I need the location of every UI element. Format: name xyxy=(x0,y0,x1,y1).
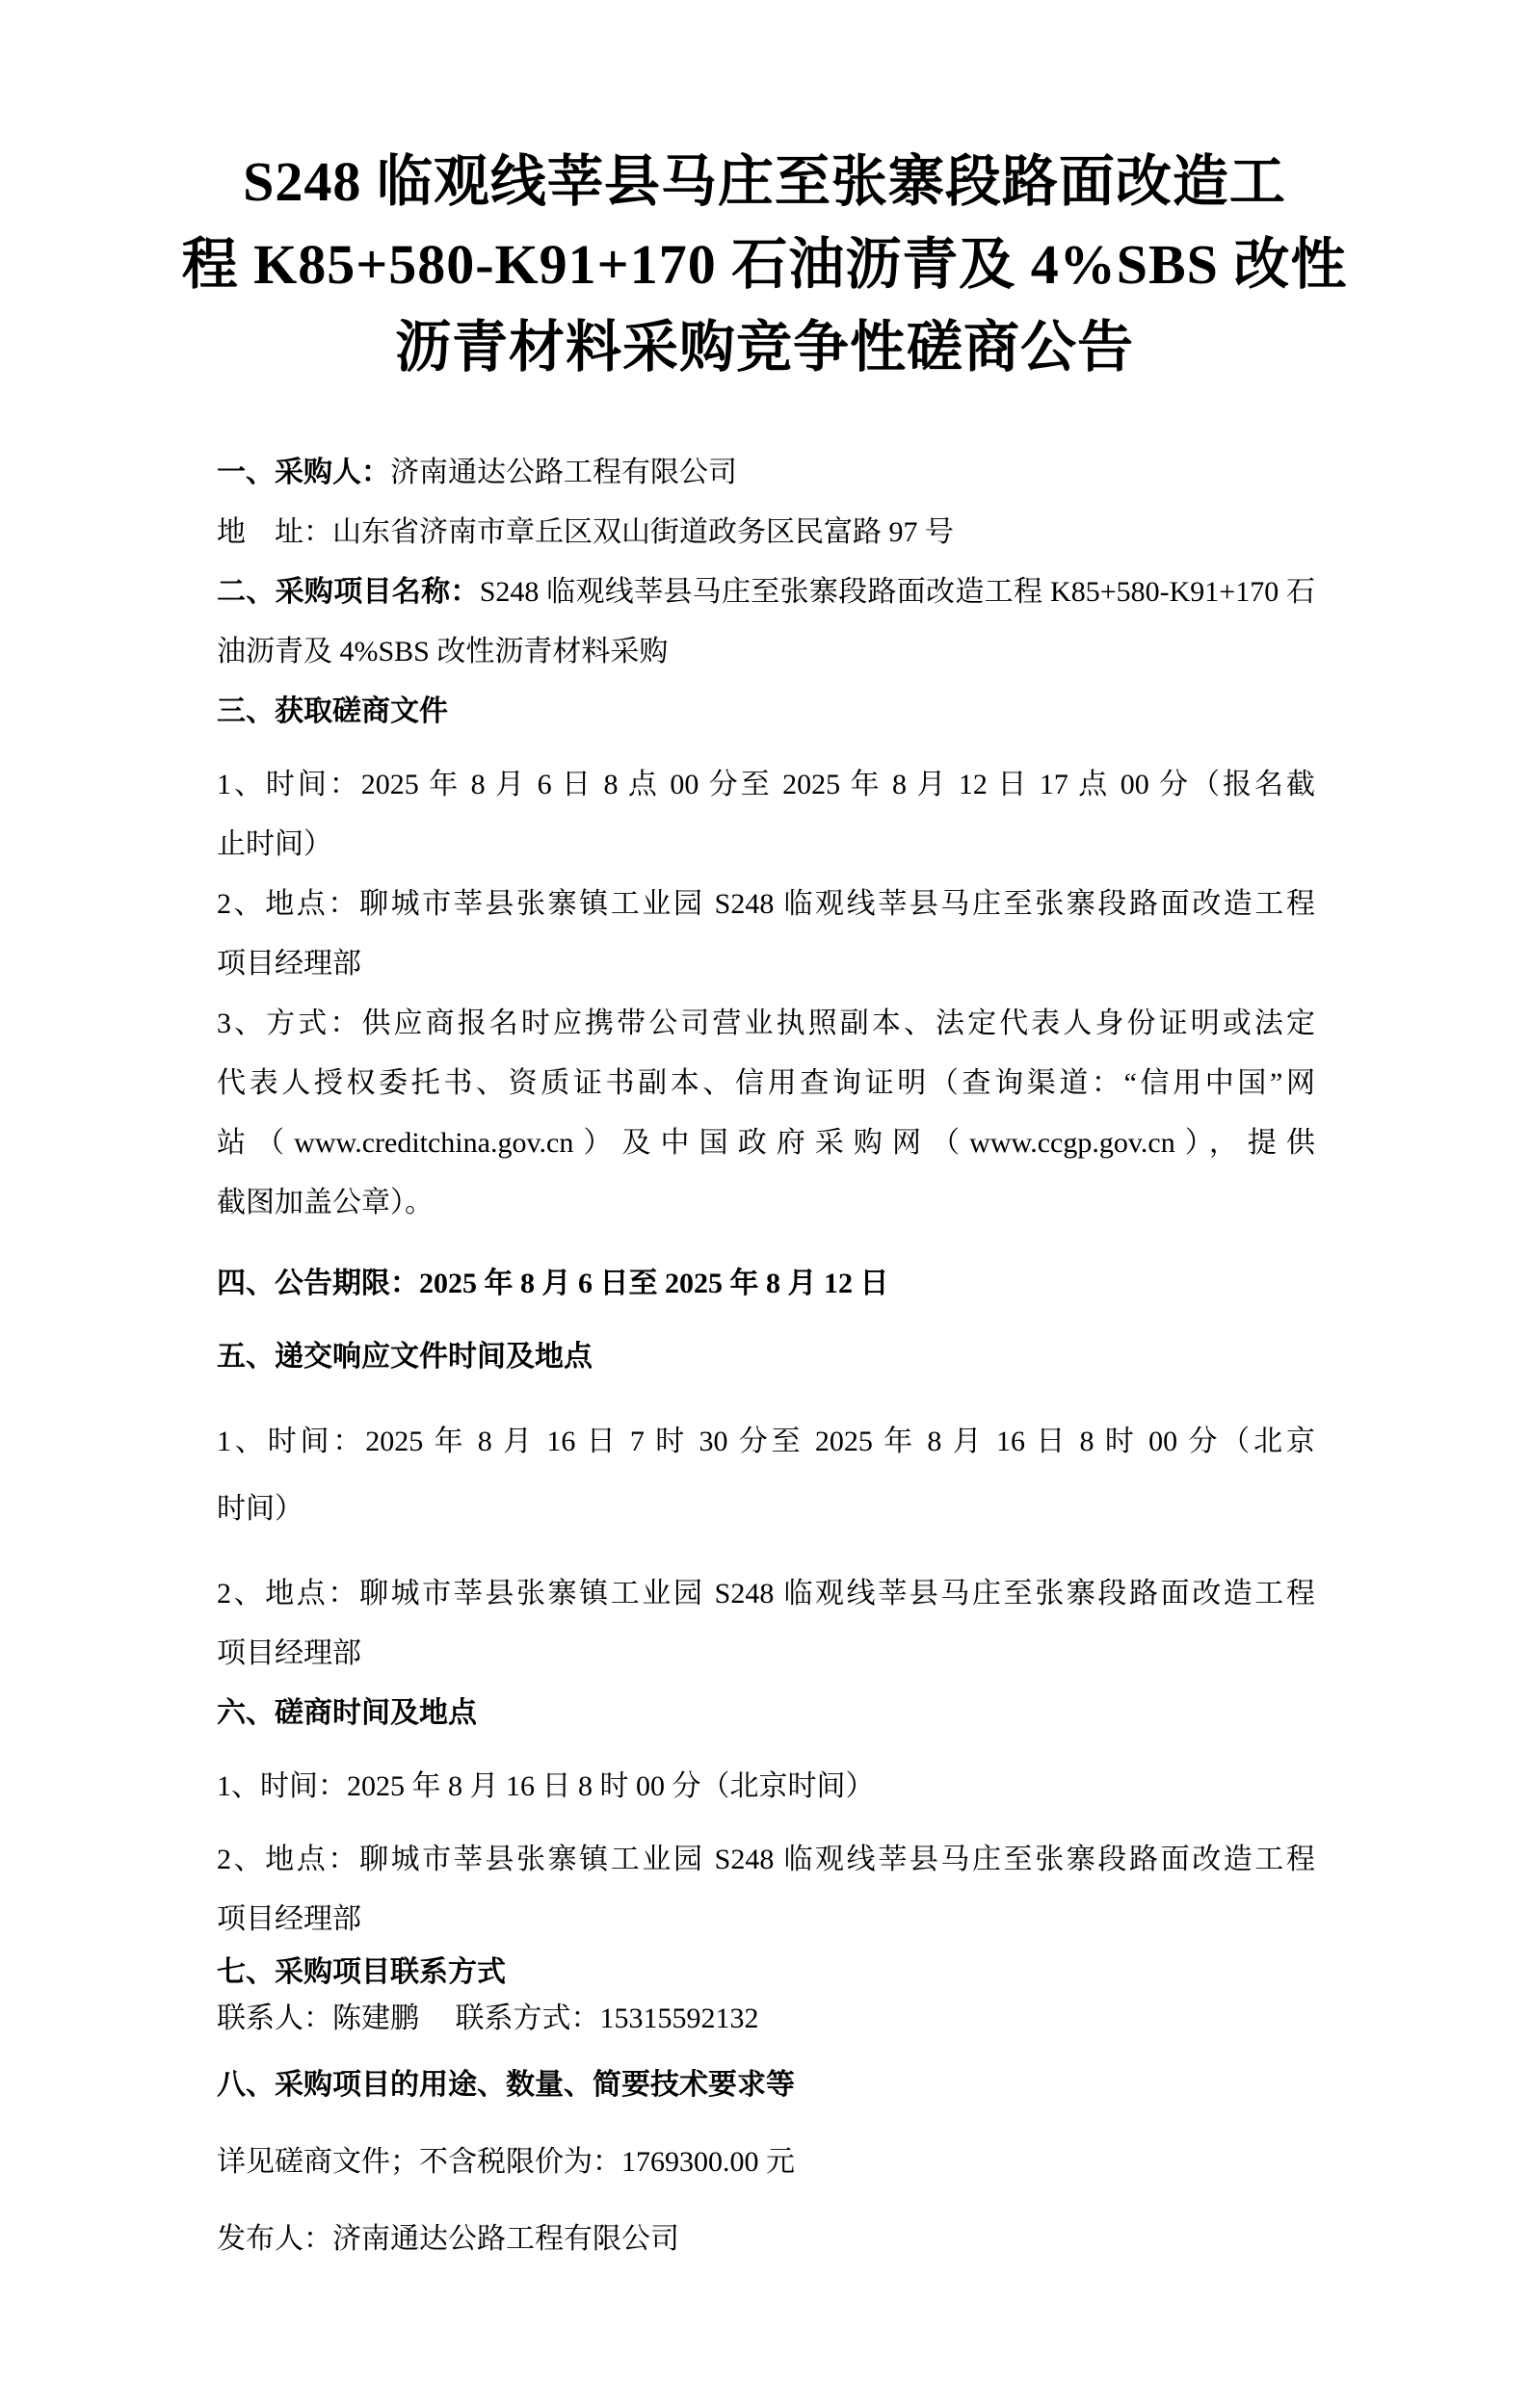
document-title-line-3: 沥青材料采购竞争性磋商公告 xyxy=(96,306,1433,389)
body-text: 济南通达公路工程有限公司 xyxy=(390,457,737,488)
buyer-address: 地 址：山东省济南市章丘区双山街道政务区民富路 97 号 xyxy=(217,503,1315,563)
body-text: 站（www.creditchina.gov.cn）及中国政府采购网（www.cc… xyxy=(217,1127,1315,1159)
body-text: 详见磋商文件；不含税限价为：1769300.00 元 xyxy=(217,2146,795,2178)
document-title-line-2: 程 K85+580-K91+170 石油沥青及 4%SBS 改性 xyxy=(96,223,1433,306)
text-line: 1、时间：2025 年 8 月 16 日 7 时 30 分至 2025 年 8 … xyxy=(217,1408,1315,1476)
text-line: 截图加盖公章）。 xyxy=(217,1173,1315,1233)
body-text: 项目经理部 xyxy=(217,948,361,980)
body-text: 代表人授权委托书、资质证书副本、信用查询证明（查询渠道：“信用中国”网 xyxy=(217,1067,1315,1099)
text-line: 站（www.creditchina.gov.cn）及中国政府采购网（www.cc… xyxy=(217,1113,1315,1173)
negotiation-time: 1、时间：2025 年 8 月 16 日 8 时 00 分（北京时间） xyxy=(217,1757,1315,1817)
body-text: 发布人：济南通达公路工程有限公司 xyxy=(217,2223,679,2255)
text-line: 地 址：山东省济南市章丘区双山街道政务区民富路 97 号 xyxy=(217,503,1315,563)
body-text: 1、时间：2025 年 8 月 16 日 7 时 30 分至 2025 年 8 … xyxy=(217,1426,1315,1457)
heading-negotiation: 六、磋商时间及地点 xyxy=(217,1684,1315,1743)
section-label: 五、递交响应文件时间及地点 xyxy=(217,1341,593,1373)
text-line: 2、地点：聊城市莘县张寨镇工业园 S248 临观线莘县马庄至张寨段路面改造工程 xyxy=(217,1564,1315,1624)
text-line: 3、方式：供应商报名时应携带公司营业执照副本、法定代表人身份证明或法定 xyxy=(217,994,1315,1054)
text-line: 1、时间：2025 年 8 月 16 日 8 时 00 分（北京时间） xyxy=(217,1757,1315,1817)
document-body: 一、采购人：济南通达公路工程有限公司地 址：山东省济南市章丘区双山街道政务区民富… xyxy=(217,443,1315,2269)
heading-submit-response: 五、递交响应文件时间及地点 xyxy=(217,1327,1315,1387)
get-documents-location: 2、地点：聊城市莘县张寨镇工业园 S248 临观线莘县马庄至张寨段路面改造工程项… xyxy=(217,875,1315,994)
text-line: 项目经理部 xyxy=(217,1624,1315,1684)
contact-info: 七、采购项目联系方式联系人：陈建鹏 联系方式：15315592132 xyxy=(217,1950,1315,2042)
body-text: 1、时间：2025 年 8 月 6 日 8 点 00 分至 2025 年 8 月… xyxy=(217,769,1315,800)
publisher: 发布人：济南通达公路工程有限公司 xyxy=(217,2210,1315,2269)
body-text: 项目经理部 xyxy=(217,1637,361,1669)
text-line: 1、时间：2025 年 8 月 6 日 8 点 00 分至 2025 年 8 月… xyxy=(217,755,1315,815)
section-label: 二、采购项目名称： xyxy=(217,576,480,608)
submit-response-location: 2、地点：聊城市莘县张寨镇工业园 S248 临观线莘县马庄至张寨段路面改造工程项… xyxy=(217,1564,1315,1684)
text-line: 详见磋商文件；不含税限价为：1769300.00 元 xyxy=(217,2133,1315,2192)
document-title-line-1: S248 临观线莘县马庄至张寨段路面改造工 xyxy=(96,141,1433,223)
section-label: 三、获取磋商文件 xyxy=(217,695,448,727)
body-text: 联系人：陈建鹏 联系方式：15315592132 xyxy=(217,2002,759,2034)
body-text: 3、方式：供应商报名时应携带公司营业执照副本、法定代表人身份证明或法定 xyxy=(217,1008,1315,1039)
body-text: 2、地点：聊城市莘县张寨镇工业园 S248 临观线莘县马庄至张寨段路面改造工程 xyxy=(217,1844,1315,1875)
price-info: 详见磋商文件；不含税限价为：1769300.00 元 xyxy=(217,2133,1315,2192)
get-documents-method: 3、方式：供应商报名时应携带公司营业执照副本、法定代表人身份证明或法定代表人授权… xyxy=(217,994,1315,1233)
text-line: 七、采购项目联系方式 xyxy=(217,1950,1315,1996)
text-line: 代表人授权委托书、资质证书副本、信用查询证明（查询渠道：“信用中国”网 xyxy=(217,1054,1315,1113)
text-line: 油沥青及 4%SBS 改性沥青材料采购 xyxy=(217,622,1315,682)
text-line: 2、地点：聊城市莘县张寨镇工业园 S248 临观线莘县马庄至张寨段路面改造工程 xyxy=(217,1830,1315,1890)
text-line: 五、递交响应文件时间及地点 xyxy=(217,1327,1315,1387)
body-text: 止时间） xyxy=(217,828,332,860)
text-line: 项目经理部 xyxy=(217,1890,1315,1950)
section-label: 六、磋商时间及地点 xyxy=(217,1697,477,1729)
text-line: 六、磋商时间及地点 xyxy=(217,1684,1315,1743)
heading-get-documents: 三、获取磋商文件 xyxy=(217,682,1315,742)
body-text: 地 址：山东省济南市章丘区双山街道政务区民富路 97 号 xyxy=(217,516,954,548)
text-line: 2、地点：聊城市莘县张寨镇工业园 S248 临观线莘县马庄至张寨段路面改造工程 xyxy=(217,875,1315,934)
body-text: 1、时间：2025 年 8 月 16 日 8 时 00 分（北京时间） xyxy=(217,1770,875,1802)
announcement-period: 四、公告期限：2025 年 8 月 6 日至 2025 年 8 月 12 日 xyxy=(217,1254,1315,1314)
body-text: 2、地点：聊城市莘县张寨镇工业园 S248 临观线莘县马庄至张寨段路面改造工程 xyxy=(217,888,1315,920)
section-label: 一、采购人： xyxy=(217,457,390,488)
text-line: 三、获取磋商文件 xyxy=(217,682,1315,742)
submit-response-time: 1、时间：2025 年 8 月 16 日 7 时 30 分至 2025 年 8 … xyxy=(217,1408,1315,1543)
body-text: 截图加盖公章）。 xyxy=(217,1187,434,1218)
text-line: 二、采购项目名称：S248 临观线莘县马庄至张寨段路面改造工程 K85+580-… xyxy=(217,563,1315,622)
text-line: 联系人：陈建鹏 联系方式：15315592132 xyxy=(217,1996,1315,2042)
project-name: 二、采购项目名称：S248 临观线莘县马庄至张寨段路面改造工程 K85+580-… xyxy=(217,563,1315,682)
section-label: 七、采购项目联系方式 xyxy=(217,1956,506,1988)
body-text: S248 临观线莘县马庄至张寨段路面改造工程 K85+580-K91+170 石 xyxy=(480,576,1315,608)
body-text: 2、地点：聊城市莘县张寨镇工业园 S248 临观线莘县马庄至张寨段路面改造工程 xyxy=(217,1578,1315,1610)
get-documents-time: 1、时间：2025 年 8 月 6 日 8 点 00 分至 2025 年 8 月… xyxy=(217,755,1315,875)
section-label: 四、公告期限：2025 年 8 月 6 日至 2025 年 8 月 12 日 xyxy=(217,1268,889,1299)
text-line: 四、公告期限：2025 年 8 月 6 日至 2025 年 8 月 12 日 xyxy=(217,1254,1315,1314)
body-text: 项目经理部 xyxy=(217,1903,361,1935)
document-title: S248 临观线莘县马庄至张寨段路面改造工 程 K85+580-K91+170 … xyxy=(96,141,1433,389)
body-text: 时间） xyxy=(217,1493,303,1525)
text-line: 八、采购项目的用途、数量、简要技术要求等 xyxy=(217,2055,1315,2115)
text-line: 时间） xyxy=(217,1476,1315,1543)
text-line: 止时间） xyxy=(217,815,1315,875)
heading-usage-requirements: 八、采购项目的用途、数量、简要技术要求等 xyxy=(217,2055,1315,2115)
negotiation-location: 2、地点：聊城市莘县张寨镇工业园 S248 临观线莘县马庄至张寨段路面改造工程项… xyxy=(217,1830,1315,1950)
body-text: 油沥青及 4%SBS 改性沥青材料采购 xyxy=(217,636,668,667)
text-line: 一、采购人：济南通达公路工程有限公司 xyxy=(217,443,1315,503)
text-line: 项目经理部 xyxy=(217,934,1315,994)
text-line: 发布人：济南通达公路工程有限公司 xyxy=(217,2210,1315,2269)
document-page: S248 临观线莘县马庄至张寨段路面改造工 程 K85+580-K91+170 … xyxy=(0,0,1529,2408)
section-label: 八、采购项目的用途、数量、简要技术要求等 xyxy=(217,2069,795,2101)
buyer: 一、采购人：济南通达公路工程有限公司 xyxy=(217,443,1315,503)
